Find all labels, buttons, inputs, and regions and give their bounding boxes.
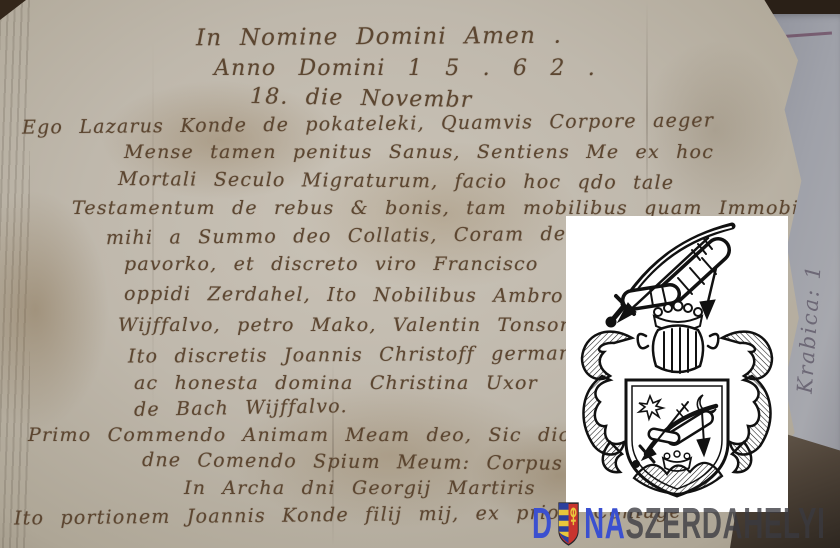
coat-of-arms-image: [566, 216, 788, 512]
paper-crinkle: [0, 0, 30, 548]
coat-of-arms-engraving: [566, 216, 788, 512]
manuscript-line: pavorko, et discreto viro Francisco: [124, 253, 539, 275]
manuscript-line: Mense tamen penitus Sanus, Sentiens Me e…: [124, 141, 714, 163]
manuscript-line: Ito discretis Joannis Christoff german: [128, 342, 572, 367]
logo-letters-na: NA: [584, 502, 625, 546]
manuscript-line: Ego Lazarus Konde de pokateleki, Quamvis…: [22, 109, 714, 138]
logo-letter-d: D: [532, 502, 553, 546]
manuscript-line: Anno Domini 1 5 . 6 2 .: [214, 56, 596, 81]
logo-letters-szerdahelyi: SZERDAHELYI: [625, 502, 825, 546]
manuscript-line: de Bach Wijffalvo.: [134, 395, 348, 421]
logo-town-shield-icon: [554, 502, 583, 546]
manuscript-line: Primo Commendo Animam Meam deo, Sic dice…: [28, 424, 607, 446]
manuscript-line: mihi a Summo deo Collatis, Coram deb: [106, 223, 580, 249]
manuscript-line: In Archa dni Georgij Martiris: [184, 477, 536, 499]
folder-label: Krabica: 1: [793, 181, 840, 395]
manuscript-line: dne Comendo Spium Meum: Corpus Ve: [142, 449, 605, 475]
manuscript-line: In Nomine Domini Amen .: [196, 23, 562, 52]
manuscript-line: oppidi Zerdahel, Ito Nobilibus Ambro: [124, 283, 564, 307]
manuscript-line: Wijffalvo, petro Mako, Valentin Tonsor: [118, 314, 570, 336]
document-photo: Krabica: 1 In Nomine Domini Amen . Anno …: [0, 0, 840, 548]
site-logo: D NA SZERDAHELYI: [532, 502, 825, 546]
manuscript-line: Mortali Seculo Migraturum, facio hoc qdo…: [118, 168, 674, 194]
manuscript-line: ac honesta domina Christina Uxor: [134, 372, 538, 394]
manuscript-line: 18. die Novembr: [250, 84, 473, 113]
